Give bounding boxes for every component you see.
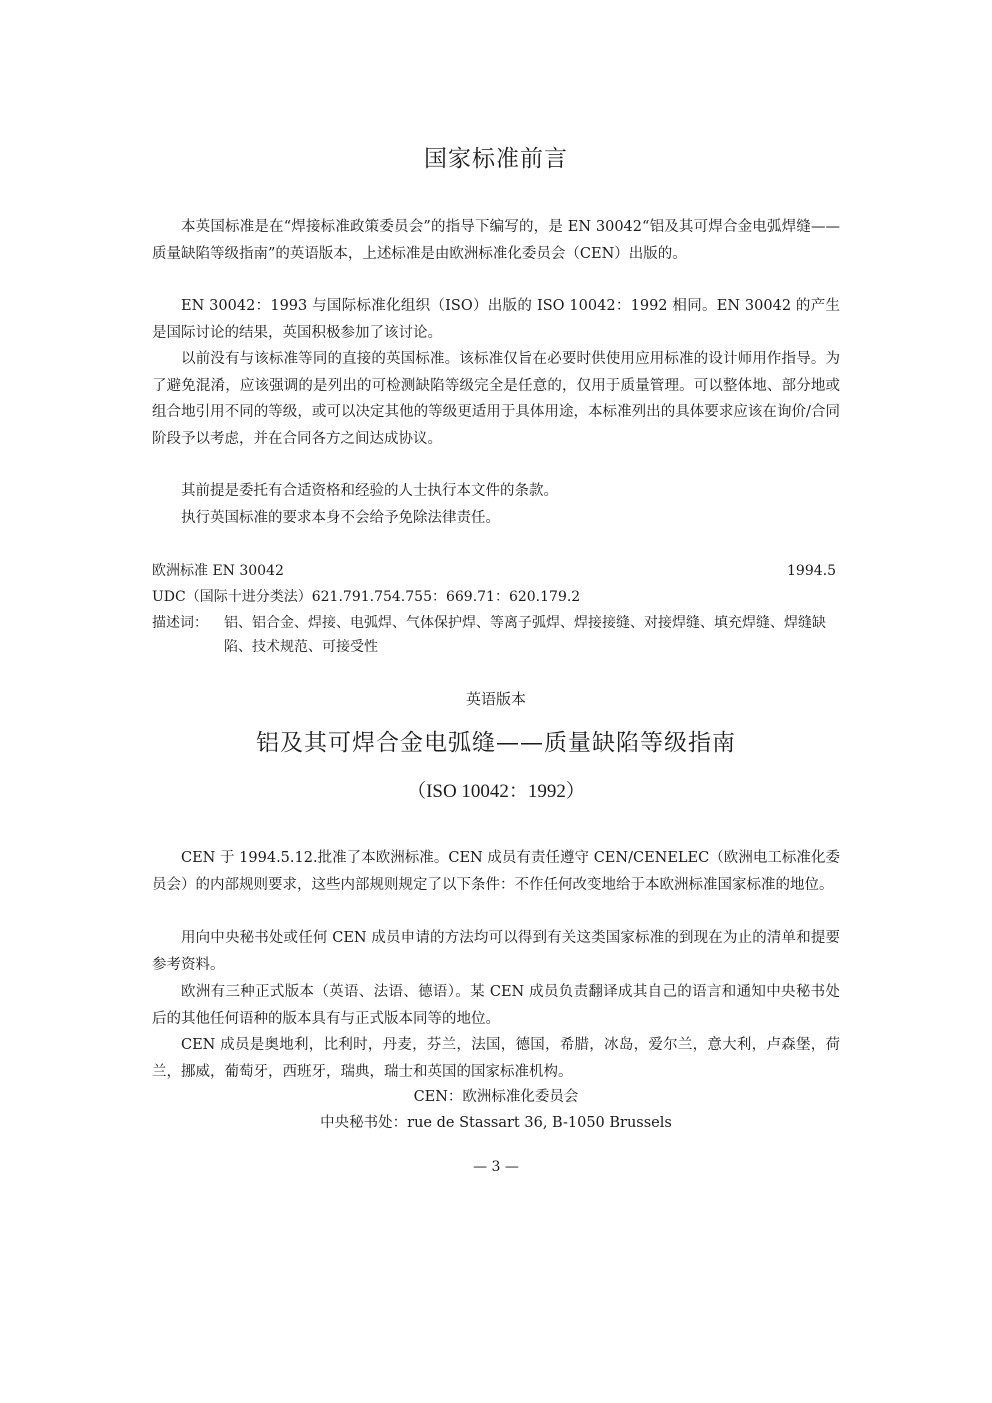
standard-line: 欧洲标准 EN 30042 1994.5 xyxy=(152,559,840,583)
preface-paragraph-1: 本英国标准是在“焊接标准政策委员会”的指导下编写的，是 EN 30042“铝及其… xyxy=(152,214,840,267)
preface-paragraph-3: 以前没有与该标准等同的直接的英国标准。该标准仅旨在必要时供使用应用标准的设计师用… xyxy=(152,346,840,452)
standard-title: 铝及其可焊合金电弧缝——质量缺陷等级指南 xyxy=(152,726,840,760)
keywords-label: 描述词： xyxy=(152,611,208,635)
iso-reference: （ISO 10042：1992） xyxy=(152,777,840,807)
cen-paragraph-2: 用向中央秘书处或任何 CEN 成员申请的方法均可以得到有关这类国家标准的到现在为… xyxy=(152,925,840,978)
cen-paragraph-4: CEN 成员是奥地利，比利时，丹麦，芬兰，法国，德国，希腊，冰岛，爱尔兰，意大利… xyxy=(152,1032,840,1085)
keywords-text: 铝、铝合金、焊接、电弧焊、气体保护焊、等离子弧焊、焊接接缝、对接焊缝、填充焊缝、… xyxy=(152,611,840,659)
preface-title: 国家标准前言 xyxy=(152,143,840,175)
preface-paragraph-4: 其前提是委托有合适资格和经验的人士执行本文件的条款。 xyxy=(152,478,840,505)
keywords-line: 描述词： 铝、铝合金、焊接、电弧焊、气体保护焊、等离子弧焊、焊接接缝、对接焊缝、… xyxy=(152,611,840,659)
standard-date: 1994.5 xyxy=(787,559,836,583)
standard-label: 欧洲标准 EN 30042 xyxy=(152,563,284,579)
cen-paragraph-1: CEN 于 1994.5.12.批准了本欧洲标准。CEN 成员有责任遵守 CEN… xyxy=(152,845,840,898)
preface-paragraph-5: 执行英国标准的要求本身不会给予免除法律责任。 xyxy=(152,505,840,532)
preface-paragraph-2: EN 30042：1993 与国际标准化组织（ISO）出版的 ISO 10042… xyxy=(152,293,840,346)
udc-line: UDC（国际十进分类法）621.791.754.755：669.71：620.1… xyxy=(152,585,840,609)
page-number: — 3 — xyxy=(152,1156,840,1178)
cen-name: CEN：欧洲标准化委员会 xyxy=(152,1085,840,1109)
secretariat-address: 中央秘书处：rue de Stassart 36, B-1050 Brussel… xyxy=(152,1111,840,1135)
cen-paragraph-3: 欧洲有三种正式版本（英语、法语、德语）。某 CEN 成员负责翻译成其自己的语言和… xyxy=(152,979,840,1032)
version-label: 英语版本 xyxy=(152,687,840,711)
